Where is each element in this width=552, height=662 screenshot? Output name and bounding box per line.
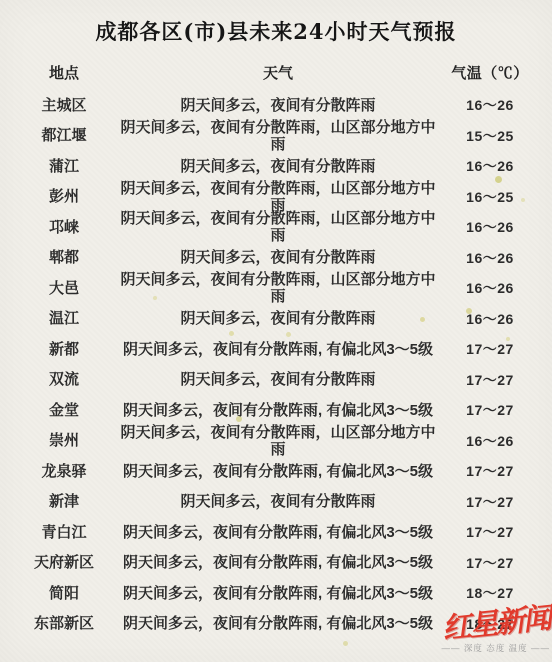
- watermark-tagline: —— 深度 态度 温度 ——: [400, 642, 550, 654]
- table-row: 崇州阴天间多云，夜间有分散阵雨，山区部分地方中雨16～26: [14, 426, 538, 457]
- temperature-cell: 18～27: [442, 616, 538, 632]
- weather-cell: 阴天间多云，夜间有分散阵雨: [114, 371, 442, 388]
- table-row: 新津阴天间多云，夜间有分散阵雨17～27: [14, 487, 538, 518]
- table-row: 郫都阴天间多云，夜间有分散阵雨16～26: [14, 243, 538, 274]
- temperature-cell: 16～26: [442, 433, 538, 449]
- table-row: 都江堰阴天间多云，夜间有分散阵雨，山区部分地方中雨15～25: [14, 121, 538, 152]
- place-cell: 天府新区: [14, 554, 114, 571]
- weather-cell: 阴天间多云，夜间有分散阵雨, 有偏北风3～5级: [114, 615, 442, 632]
- temperature-cell: 16～26: [442, 280, 538, 296]
- table-row: 青白江阴天间多云，夜间有分散阵雨, 有偏北风3～5级17～27: [14, 517, 538, 548]
- forecast-graphic: 成都各区(市)县未来24小时天气预报 地点 天气 气温（℃） 主城区阴天间多云，…: [0, 0, 552, 662]
- weather-cell: 阴天间多云，夜间有分散阵雨, 有偏北风3～5级: [114, 463, 442, 480]
- place-cell: 大邑: [14, 280, 114, 297]
- temperature-cell: 15～25: [442, 128, 538, 144]
- header-weather: 天气: [114, 65, 442, 82]
- table-row: 蒲江阴天间多云，夜间有分散阵雨16～26: [14, 151, 538, 182]
- temperature-cell: 17～27: [442, 372, 538, 388]
- weather-cell: 阴天间多云，夜间有分散阵雨: [114, 158, 442, 175]
- table-row: 邛崃阴天间多云，夜间有分散阵雨，山区部分地方中雨16～26: [14, 212, 538, 243]
- temperature-cell: 17～27: [442, 524, 538, 540]
- temperature-cell: 16～26: [442, 97, 538, 113]
- place-cell: 主城区: [14, 97, 114, 114]
- place-cell: 温江: [14, 310, 114, 327]
- weather-cell: 阴天间多云，夜间有分散阵雨: [114, 97, 442, 114]
- table-row: 简阳阴天间多云，夜间有分散阵雨, 有偏北风3～5级18～27: [14, 578, 538, 609]
- weather-cell: 阴天间多云，夜间有分散阵雨, 有偏北风3～5级: [114, 524, 442, 541]
- place-cell: 邛崃: [14, 219, 114, 236]
- table-row: 天府新区阴天间多云，夜间有分散阵雨, 有偏北风3～5级17～27: [14, 548, 538, 579]
- table-row: 新都阴天间多云，夜间有分散阵雨, 有偏北风3～5级17～27: [14, 334, 538, 365]
- temperature-cell: 16～26: [442, 219, 538, 235]
- table-row: 温江阴天间多云，夜间有分散阵雨16～26: [14, 304, 538, 335]
- place-cell: 蒲江: [14, 158, 114, 175]
- temperature-cell: 16～25: [442, 189, 538, 205]
- weather-cell: 阴天间多云，夜间有分散阵雨, 有偏北风3～5级: [114, 585, 442, 602]
- weather-cell: 阴天间多云，夜间有分散阵雨: [114, 249, 442, 266]
- place-cell: 郫都: [14, 249, 114, 266]
- place-cell: 简阳: [14, 585, 114, 602]
- weather-cell: 阴天间多云，夜间有分散阵雨, 有偏北风3～5级: [114, 402, 442, 419]
- place-cell: 双流: [14, 371, 114, 388]
- paper-speckle: [343, 641, 348, 646]
- weather-cell: 阴天间多云，夜间有分散阵雨，山区部分地方中雨: [114, 271, 442, 306]
- weather-cell: 阴天间多云，夜间有分散阵雨, 有偏北风3～5级: [114, 341, 442, 358]
- page-title: 成都各区(市)县未来24小时天气预报: [0, 0, 552, 56]
- place-cell: 东部新区: [14, 615, 114, 632]
- weather-cell: 阴天间多云，夜间有分散阵雨: [114, 310, 442, 327]
- place-cell: 金堂: [14, 402, 114, 419]
- temperature-cell: 16～26: [442, 158, 538, 174]
- table-row: 金堂阴天间多云，夜间有分散阵雨, 有偏北风3～5级17～27: [14, 395, 538, 426]
- temperature-cell: 17～27: [442, 494, 538, 510]
- temperature-cell: 17～27: [442, 555, 538, 571]
- table-row: 大邑阴天间多云，夜间有分散阵雨，山区部分地方中雨16～26: [14, 273, 538, 304]
- weather-cell: 阴天间多云，夜间有分散阵雨, 有偏北风3～5级: [114, 554, 442, 571]
- weather-cell: 阴天间多云，夜间有分散阵雨，山区部分地方中雨: [114, 180, 442, 215]
- place-cell: 彭州: [14, 188, 114, 205]
- table-row: 双流阴天间多云，夜间有分散阵雨17～27: [14, 365, 538, 396]
- temperature-cell: 17～27: [442, 463, 538, 479]
- table-row: 主城区阴天间多云，夜间有分散阵雨16～26: [14, 90, 538, 121]
- forecast-table: 地点 天气 气温（℃） 主城区阴天间多云，夜间有分散阵雨16～26都江堰阴天间多…: [0, 58, 552, 639]
- table-row: 龙泉驿阴天间多云，夜间有分散阵雨, 有偏北风3～5级17～27: [14, 456, 538, 487]
- temperature-cell: 18～27: [442, 585, 538, 601]
- table-row: 彭州阴天间多云，夜间有分散阵雨，山区部分地方中雨16～25: [14, 182, 538, 213]
- table-row: 东部新区阴天间多云，夜间有分散阵雨, 有偏北风3～5级18～27: [14, 609, 538, 640]
- weather-cell: 阴天间多云，夜间有分散阵雨，山区部分地方中雨: [114, 424, 442, 459]
- place-cell: 青白江: [14, 524, 114, 541]
- place-cell: 都江堰: [14, 127, 114, 144]
- place-cell: 新都: [14, 341, 114, 358]
- weather-cell: 阴天间多云，夜间有分散阵雨: [114, 493, 442, 510]
- place-cell: 龙泉驿: [14, 463, 114, 480]
- table-body: 主城区阴天间多云，夜间有分散阵雨16～26都江堰阴天间多云，夜间有分散阵雨，山区…: [14, 90, 538, 639]
- header-temperature: 气温（℃）: [442, 65, 538, 82]
- table-header-row: 地点 天气 气温（℃）: [14, 58, 538, 90]
- weather-cell: 阴天间多云，夜间有分散阵雨，山区部分地方中雨: [114, 119, 442, 154]
- place-cell: 新津: [14, 493, 114, 510]
- temperature-cell: 17～27: [442, 341, 538, 357]
- place-cell: 崇州: [14, 432, 114, 449]
- temperature-cell: 16～26: [442, 311, 538, 327]
- temperature-cell: 17～27: [442, 402, 538, 418]
- weather-cell: 阴天间多云，夜间有分散阵雨，山区部分地方中雨: [114, 210, 442, 245]
- temperature-cell: 16～26: [442, 250, 538, 266]
- header-place: 地点: [14, 65, 114, 82]
